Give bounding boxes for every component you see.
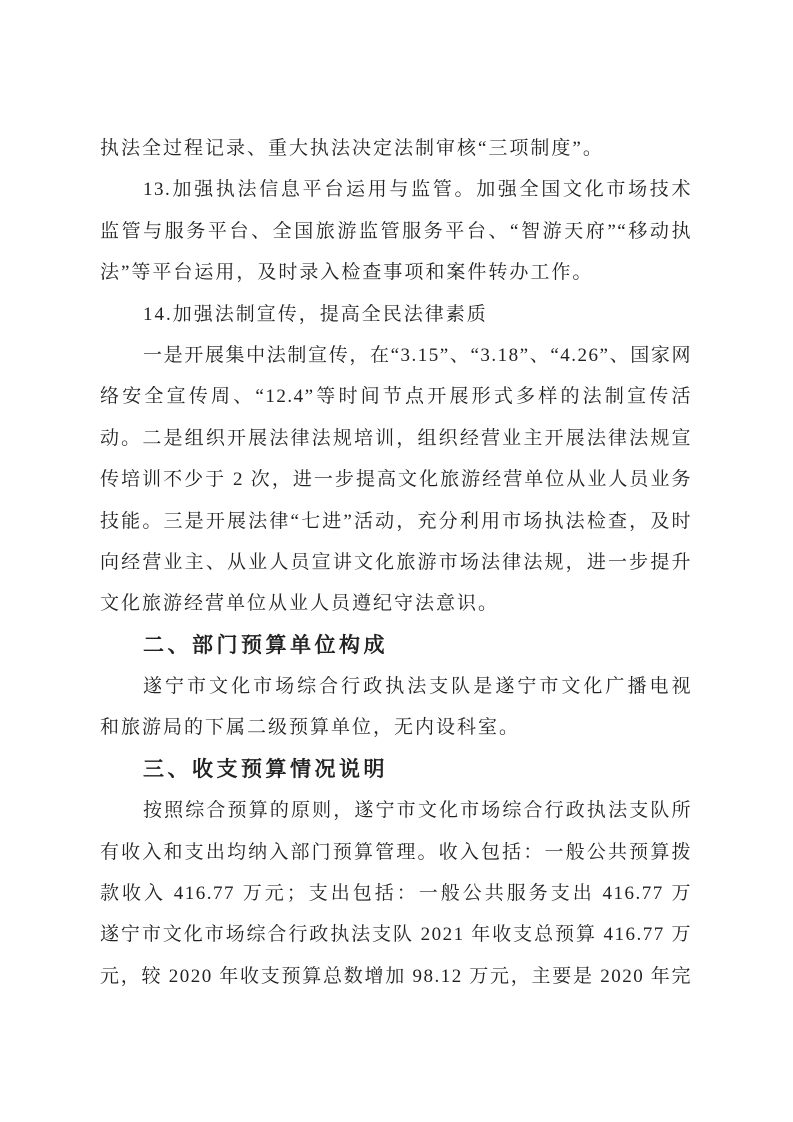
section-heading: 三、收支预算情况说明 (100, 749, 692, 790)
text-line: 法”等平台运用，及时录入检查事项和案件转办工作。 (100, 252, 692, 293)
text-line: 元，较 2020 年收支预算总数增加 98.12 万元，主要是 2020 年完 (100, 956, 692, 997)
text-line: 技能。三是开展法律“七进”活动，充分利用市场执法检查，及时 (100, 501, 692, 542)
text-line: 遂宁市文化市场综合行政执法支队 2021 年收支总预算 416.77 万 (100, 914, 692, 955)
text-line: 传培训不少于 2 次，进一步提高文化旅游经营单位从业人员业务 (100, 459, 692, 500)
section-heading: 二、部门预算单位构成 (100, 625, 692, 666)
text-line: 文化旅游经营单位从业人员遵纪守法意识。 (100, 583, 692, 624)
document-text-block: 执法全过程记录、重大执法决定法制审核“三项制度”。13.加强执法信息平台运用与监… (100, 128, 692, 997)
text-line: 有收入和支出均纳入部门预算管理。收入包括：一般公共预算拨 (100, 832, 692, 873)
text-line: 款收入 416.77 万元；支出包括：一般公共服务支出 416.77 万元。 (100, 873, 692, 914)
text-line: 按照综合预算的原则，遂宁市文化市场综合行政执法支队所 (100, 790, 692, 831)
text-line: 14.加强法制宣传，提高全民法律素质 (100, 294, 692, 335)
text-line: 一是开展集中法制宣传，在“3.15”、“3.18”、“4.26”、国家网 (100, 335, 692, 376)
text-line: 遂宁市文化市场综合行政执法支队是遂宁市文化广播电视 (100, 666, 692, 707)
text-line: 向经营业主、从业人员宣讲文化旅游市场法律法规，进一步提升 (100, 542, 692, 583)
document-page: 执法全过程记录、重大执法决定法制审核“三项制度”。13.加强执法信息平台运用与监… (0, 0, 793, 1122)
text-line: 监管与服务平台、全国旅游监管服务平台、“智游天府”“移动执 (100, 211, 692, 252)
text-line: 和旅游局的下属二级预算单位，无内设科室。 (100, 707, 692, 748)
text-line: 执法全过程记录、重大执法决定法制审核“三项制度”。 (100, 128, 692, 169)
text-line: 13.加强执法信息平台运用与监管。加强全国文化市场技术 (100, 169, 692, 210)
text-line: 络安全宣传周、“12.4”等时间节点开展形式多样的法制宣传活 (100, 376, 692, 417)
text-line: 动。二是组织开展法律法规培训，组织经营业主开展法律法规宣 (100, 418, 692, 459)
